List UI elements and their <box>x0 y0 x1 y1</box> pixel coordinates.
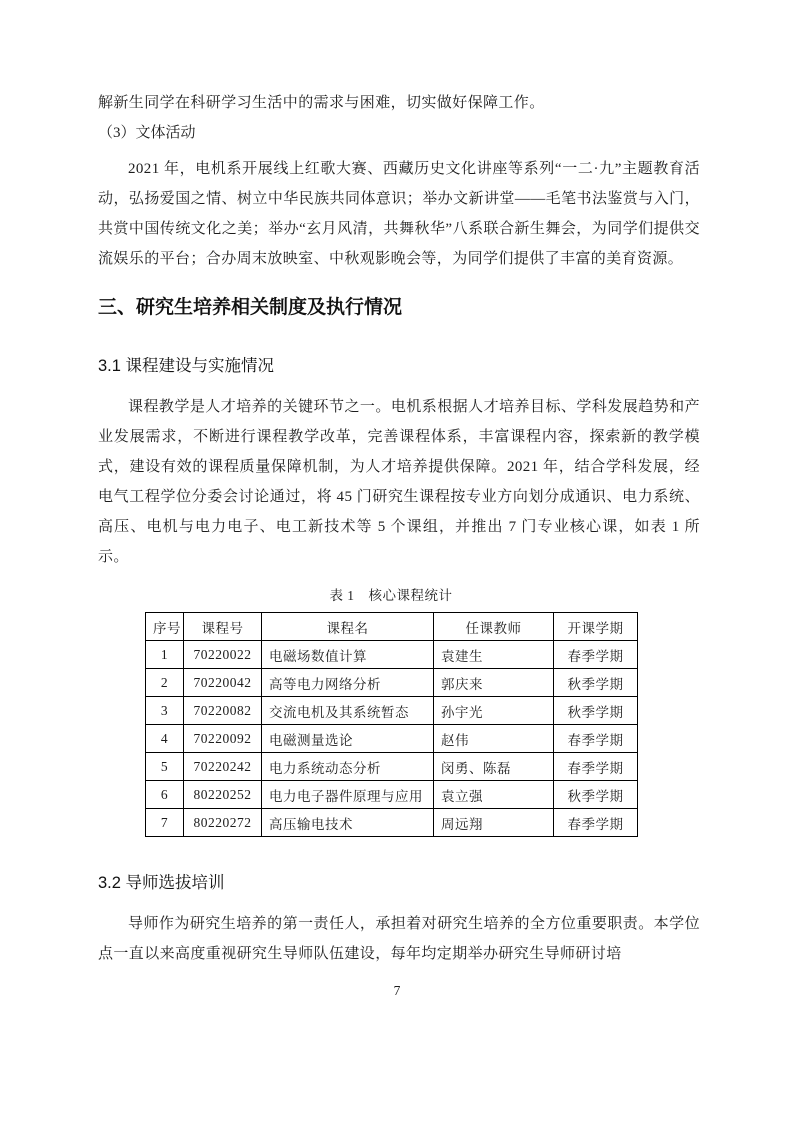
column-header: 任课教师 <box>434 613 554 641</box>
table-row: 680220252电力电子器件原理与应用袁立强秋季学期 <box>146 781 638 809</box>
table-cell: 电磁测量选论 <box>262 725 434 753</box>
table-row: 270220042高等电力网络分析郭庆来秋季学期 <box>146 669 638 697</box>
table-cell: 80220272 <box>184 809 262 837</box>
table-cell: 70220242 <box>184 753 262 781</box>
page-number: 7 <box>0 981 794 1001</box>
table-row: 170220022电磁场数值计算袁建生春季学期 <box>146 641 638 669</box>
activities-heading: （3）文体活动 <box>98 118 700 148</box>
table-cell: 周远翔 <box>434 809 554 837</box>
table-cell: 6 <box>146 781 184 809</box>
table-cell: 高压输电技术 <box>262 809 434 837</box>
table-cell: 2 <box>146 669 184 697</box>
section-3-2-title: 3.2 导师选拔培训 <box>98 871 700 895</box>
table-cell: 3 <box>146 697 184 725</box>
section-3-2-paragraph: 导师作为研究生培养的第一责任人，承担着对研究生培养的全方位重要职责。本学位点一直… <box>98 909 700 969</box>
table-cell: 交流电机及其系统暂态 <box>262 697 434 725</box>
table-row: 780220272高压输电技术周远翔春季学期 <box>146 809 638 837</box>
table-cell: 7 <box>146 809 184 837</box>
table-cell: 1 <box>146 641 184 669</box>
table-cell: 闵勇、陈磊 <box>434 753 554 781</box>
core-courses-table: 序号课程号课程名任课教师开课学期 170220022电磁场数值计算袁建生春季学期… <box>145 612 638 837</box>
column-header: 课程名 <box>262 613 434 641</box>
table-row: 570220242电力系统动态分析闵勇、陈磊春季学期 <box>146 753 638 781</box>
column-header: 开课学期 <box>554 613 638 641</box>
table-cell: 春季学期 <box>554 809 638 837</box>
table-cell: 春季学期 <box>554 753 638 781</box>
section-3-1-paragraph: 课程教学是人才培养的关键环节之一。电机系根据人才培养目标、学科发展趋势和产业发展… <box>98 392 700 572</box>
table-row: 370220082交流电机及其系统暂态孙宇光秋季学期 <box>146 697 638 725</box>
table-cell: 70220022 <box>184 641 262 669</box>
table-cell: 秋季学期 <box>554 697 638 725</box>
table-cell: 4 <box>146 725 184 753</box>
table-1-caption: 表 1 核心课程统计 <box>145 586 637 606</box>
table-cell: 孙宇光 <box>434 697 554 725</box>
table-cell: 赵伟 <box>434 725 554 753</box>
table-cell: 秋季学期 <box>554 781 638 809</box>
table-row: 470220092电磁测量选论赵伟春季学期 <box>146 725 638 753</box>
activities-paragraph: 2021 年，电机系开展线上红歌大赛、西藏历史文化讲座等系列“一二·九”主题教育… <box>98 154 700 274</box>
table-cell: 70220082 <box>184 697 262 725</box>
table-cell: 春季学期 <box>554 641 638 669</box>
continued-paragraph: 解新生同学在科研学习生活中的需求与困难，切实做好保障工作。 <box>98 88 700 118</box>
table-cell: 5 <box>146 753 184 781</box>
section-3-title: 三、研究生培养相关制度及执行情况 <box>98 294 700 322</box>
section-3-1-title: 3.1 课程建设与实施情况 <box>98 354 700 378</box>
table-cell: 电力电子器件原理与应用 <box>262 781 434 809</box>
table-body: 170220022电磁场数值计算袁建生春季学期270220042高等电力网络分析… <box>146 641 638 837</box>
table-cell: 70220042 <box>184 669 262 697</box>
table-cell: 春季学期 <box>554 725 638 753</box>
table-cell: 郭庆来 <box>434 669 554 697</box>
table-cell: 电力系统动态分析 <box>262 753 434 781</box>
table-cell: 高等电力网络分析 <box>262 669 434 697</box>
column-header: 序号 <box>146 613 184 641</box>
table-cell: 电磁场数值计算 <box>262 641 434 669</box>
table-header-row: 序号课程号课程名任课教师开课学期 <box>146 613 638 641</box>
table-cell: 80220252 <box>184 781 262 809</box>
table-cell: 秋季学期 <box>554 669 638 697</box>
column-header: 课程号 <box>184 613 262 641</box>
table-cell: 袁建生 <box>434 641 554 669</box>
table-cell: 70220092 <box>184 725 262 753</box>
document-page: 解新生同学在科研学习生活中的需求与困难，切实做好保障工作。 （3）文体活动 20… <box>0 0 794 1123</box>
table-cell: 袁立强 <box>434 781 554 809</box>
